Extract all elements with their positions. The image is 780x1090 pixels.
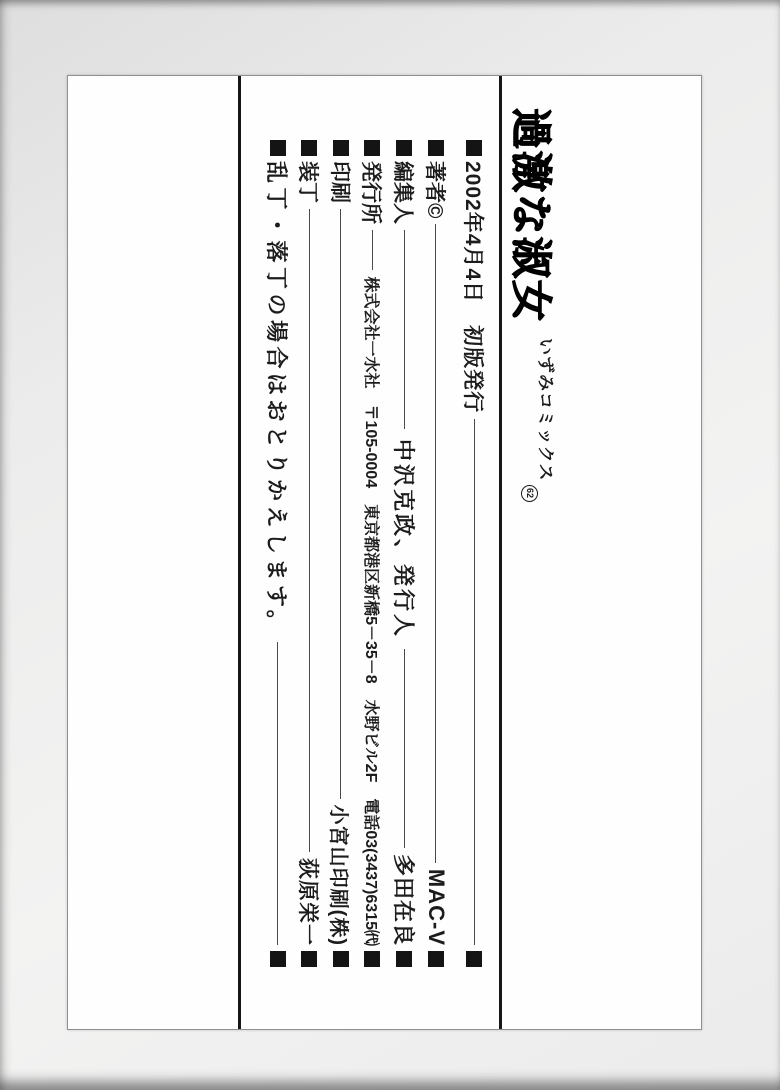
title-line: 過激な淑女 いずみコミックス62 (509, 108, 553, 502)
publisher-person-value: 多田在良 (389, 854, 420, 946)
colophon-line-printer: 印刷 小宮山印刷(株) (325, 140, 357, 967)
colophon-line-author: 著者© MAC-V (420, 140, 452, 967)
editor-name-and-publisher-role: 中沢克政、発行人 (389, 439, 420, 639)
square-bullet-end-icon (270, 951, 286, 967)
square-bullet-end-icon (301, 951, 317, 967)
colophon-line-note: 乱丁・落丁の場合はおとりかえします。 (262, 140, 294, 967)
printer-value: 小宮山印刷(株) (326, 805, 355, 946)
scanned-screenshot: 過激な淑女 いずみコミックス62 2002年4月4日 初版発行 著者© MAC-… (0, 0, 780, 1090)
leader-line (404, 649, 405, 848)
author-label: 著者© (421, 161, 451, 218)
square-bullet-end-icon (466, 951, 482, 967)
leader-line (372, 230, 373, 270)
colophon-line-published: 2002年4月4日 初版発行 (458, 140, 490, 967)
square-bullet-icon (396, 140, 412, 156)
square-bullet-icon (428, 140, 444, 156)
defect-exchange-note: 乱丁・落丁の場合はおとりかえします。 (262, 161, 293, 636)
square-bullet-icon (333, 140, 349, 156)
leader-line (309, 209, 310, 852)
book-title: 過激な淑女 (509, 108, 553, 323)
colophon-line-publisher: 発行所 株式会社一水社 〒105-0004 東京都港区新橋5－35－8 水野ビル… (357, 140, 389, 967)
publish-date-label: 2002年4月4日 初版発行 (459, 161, 489, 413)
publisher-address-value: 株式会社一水社 〒105-0004 東京都港区新橋5－35－8 水野ビル2F 電… (361, 276, 384, 946)
square-bullet-icon (301, 140, 317, 156)
rotated-page-content: 過激な淑女 いずみコミックス62 2002年4月4日 初版発行 著者© MAC-… (68, 76, 701, 1029)
horizontal-rule-bottom (238, 76, 241, 1029)
colophon-block: 2002年4月4日 初版発行 著者© MAC-V 編集人 中沢克政、発行人 (262, 140, 490, 967)
series-label: いずみコミックス (536, 338, 555, 482)
horizontal-rule-top (500, 76, 503, 1029)
colophon-line-editor: 編集人 中沢克政、発行人 多田在良 (388, 140, 420, 967)
leader-line (474, 419, 475, 945)
design-value: 荻原栄一 (294, 858, 324, 946)
editor-label: 編集人 (389, 161, 419, 224)
series-number-circle-icon: 62 (521, 485, 538, 502)
printer-label: 印刷 (326, 161, 356, 203)
leader-line (277, 642, 278, 945)
series-name: いずみコミックス62 (534, 338, 555, 502)
publisher-label: 発行所 (357, 161, 387, 224)
author-value: MAC-V (423, 869, 449, 946)
square-bullet-icon (270, 140, 286, 156)
design-label: 装丁 (294, 161, 324, 203)
square-bullet-icon (466, 140, 482, 156)
leader-line (340, 209, 341, 799)
square-bullet-end-icon (428, 951, 444, 967)
square-bullet-icon (364, 140, 380, 156)
leader-line (404, 230, 405, 429)
square-bullet-end-icon (396, 951, 412, 967)
square-bullet-end-icon (364, 951, 380, 967)
colophon-line-design: 装丁 荻原栄一 (293, 140, 325, 967)
leader-line (435, 224, 436, 862)
square-bullet-end-icon (333, 951, 349, 967)
book-colophon-page: 過激な淑女 いずみコミックス62 2002年4月4日 初版発行 著者© MAC-… (67, 75, 702, 1030)
